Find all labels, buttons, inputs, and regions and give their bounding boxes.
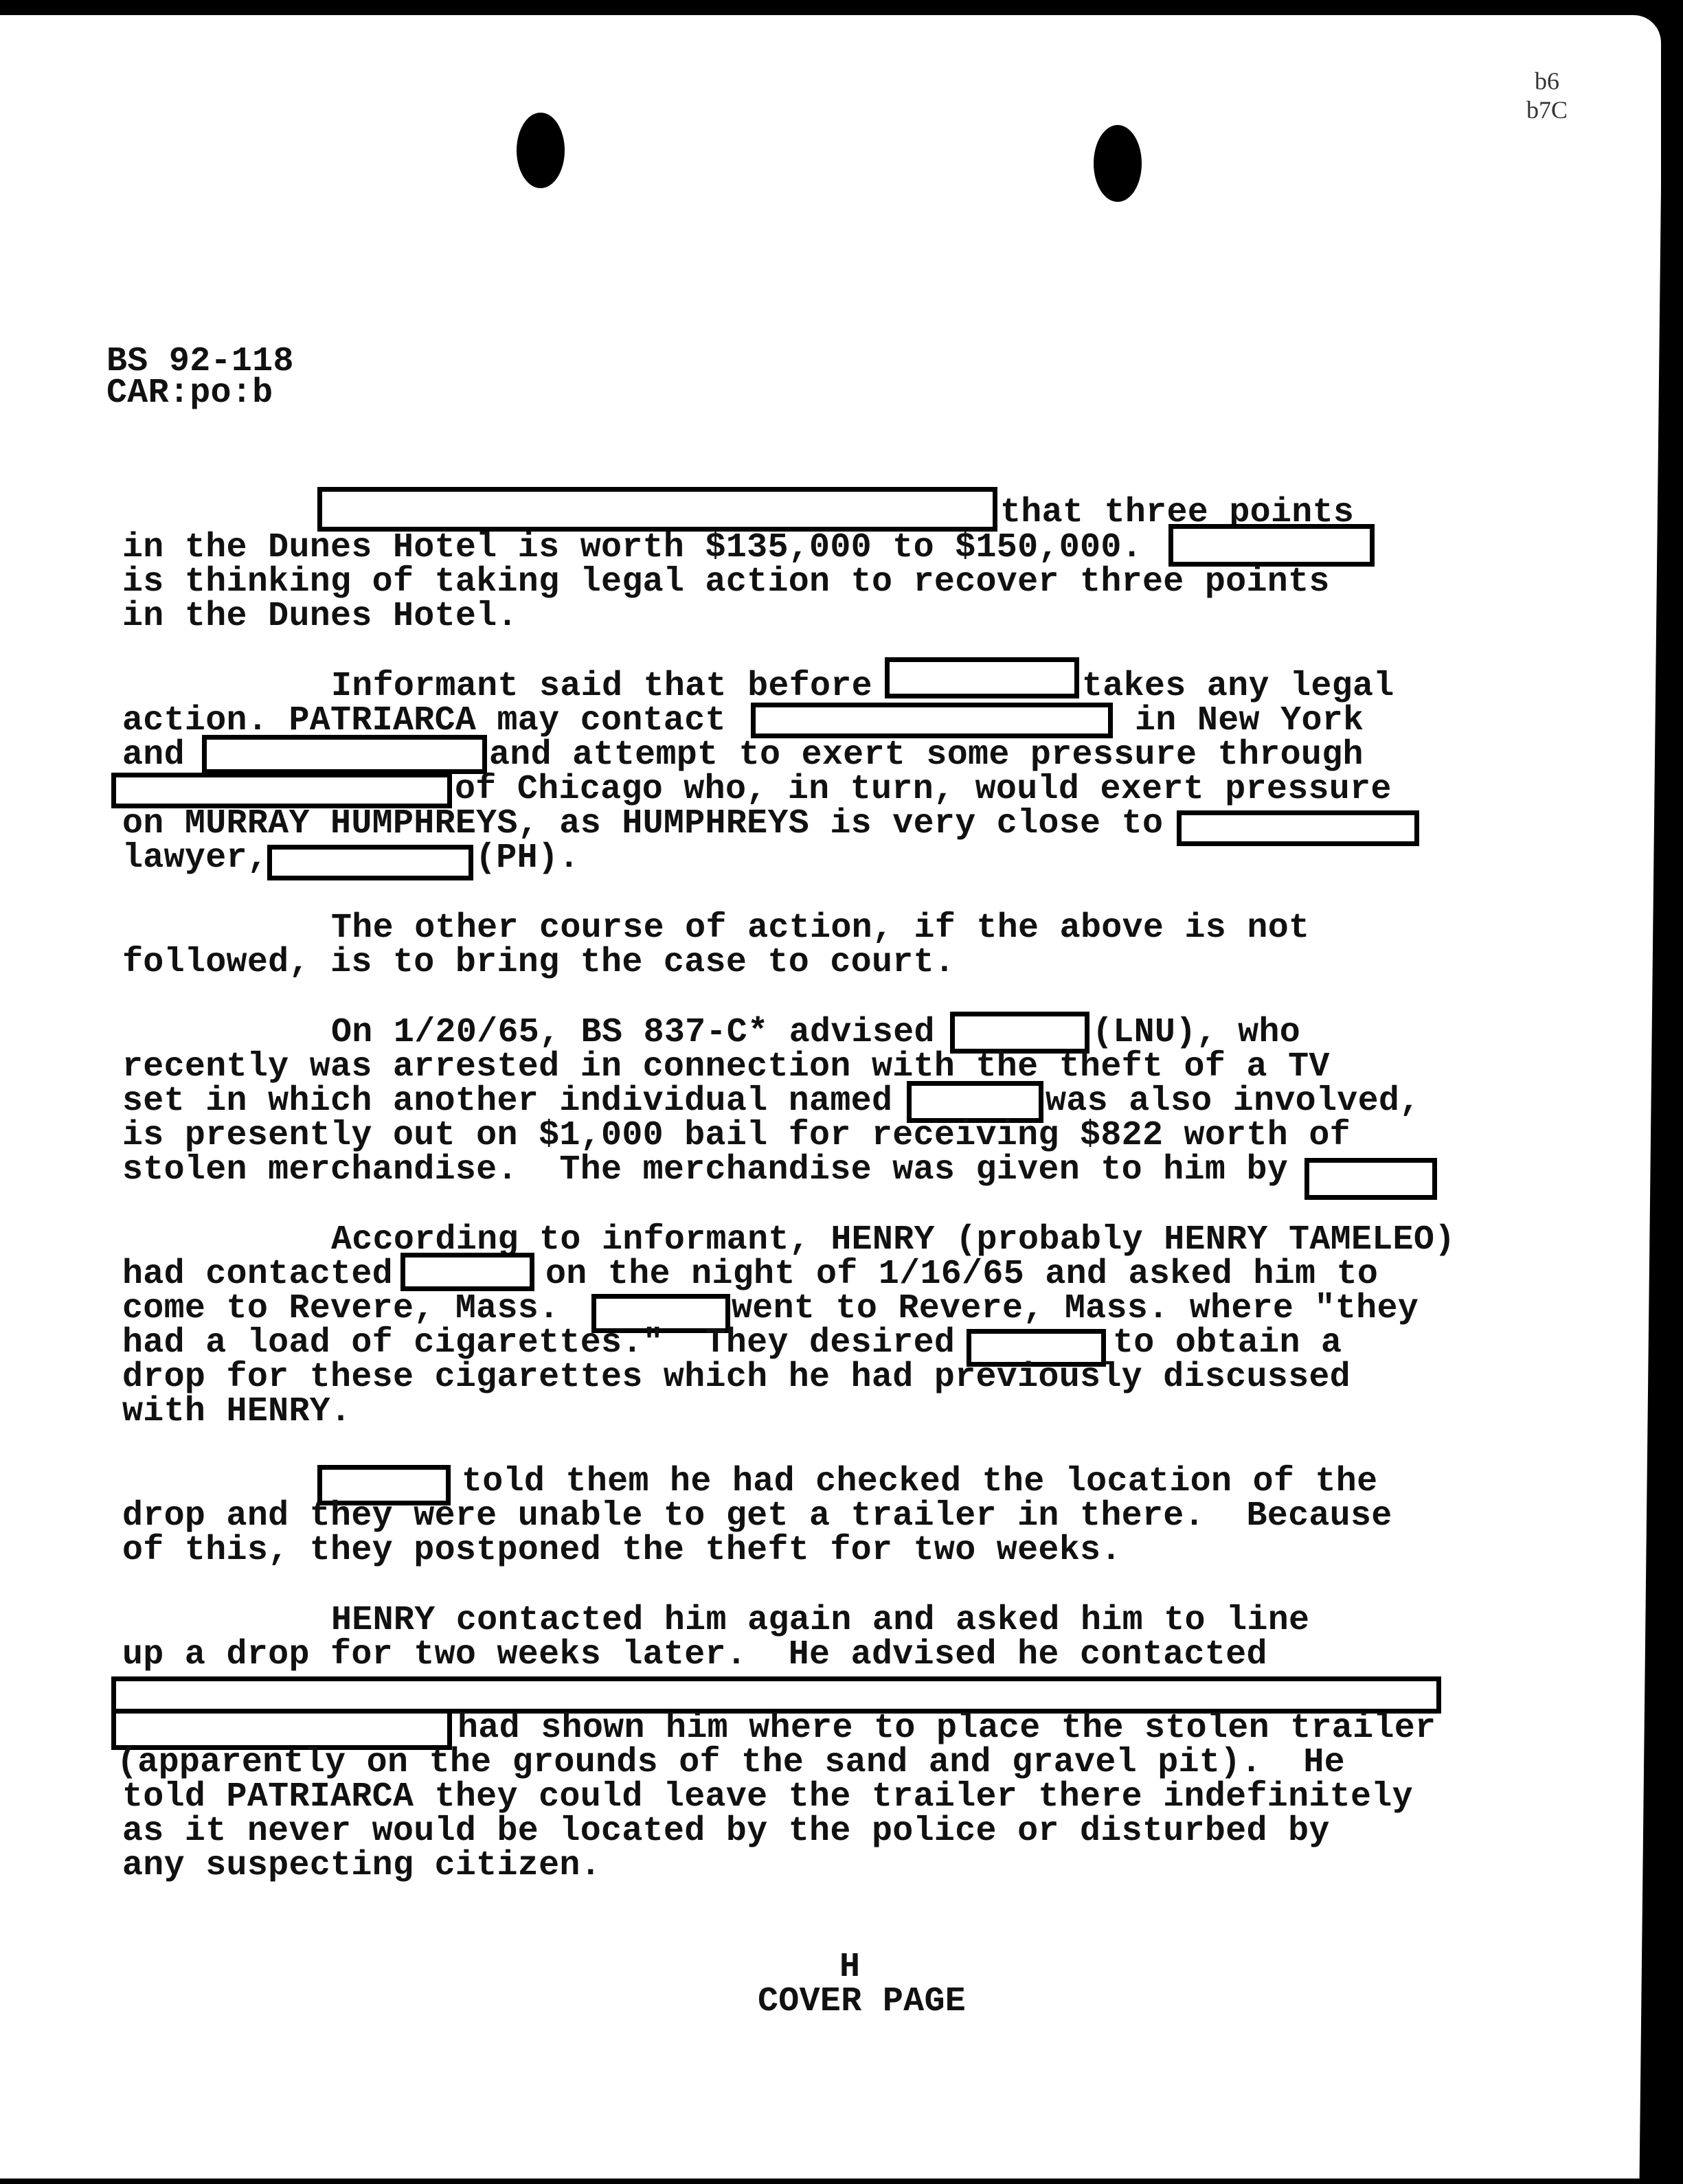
- p4-line4: is presently out on $1,000 bail for rece…: [122, 1119, 1351, 1153]
- p7-line2: up a drop for two weeks later. He advise…: [122, 1638, 1267, 1672]
- p5-line4b: to obtain a: [1113, 1326, 1342, 1361]
- paper-sheet: b6 b7C BS 92-118 CAR:po:b that three poi…: [0, 15, 1661, 2179]
- p4-line2: recently was arrested in connection with…: [122, 1050, 1330, 1084]
- p4-line3a: set in which another individual named: [122, 1084, 892, 1119]
- scanned-document-page: b6 b7C BS 92-118 CAR:po:b that three poi…: [0, 0, 1683, 2184]
- p2-line6a: lawyer,: [122, 841, 268, 876]
- p5-line6: with HENRY.: [122, 1395, 351, 1429]
- redaction-box: [1177, 810, 1419, 846]
- p7-line3: had shown him where to place the stolen …: [458, 1711, 1436, 1746]
- p5-line2a: had contacted: [122, 1258, 393, 1292]
- p2-line3b: and attempt to exert some pressure throu…: [489, 738, 1364, 773]
- p4-line5: stolen merchandise. The merchandise was …: [122, 1153, 1288, 1187]
- p2-line1a: Informant said that before: [331, 670, 872, 704]
- p1-line4: in the Dunes Hotel.: [122, 600, 518, 634]
- exemption-code-b7c: b7C: [1526, 96, 1568, 124]
- redaction-box: [111, 1676, 1441, 1714]
- p7-line6: as it never would be located by the poli…: [122, 1815, 1330, 1849]
- p4-line1b: (LNU), who: [1092, 1016, 1300, 1050]
- redaction-box: [267, 845, 473, 880]
- p3-line2: followed, is to bring the case to court.: [122, 946, 955, 980]
- p7-line7: any suspecting citizen.: [122, 1849, 601, 1883]
- p6-line2: drop and they were unable to get a trail…: [122, 1499, 1392, 1534]
- p2-line1b: takes any legal: [1082, 670, 1394, 704]
- p2-line3a: and: [122, 738, 185, 773]
- p2-line2b: in New York: [1135, 704, 1364, 738]
- p1-line3: is thinking of taking legal action to re…: [122, 565, 1330, 600]
- cover-page-label: COVER PAGE: [758, 1985, 966, 2019]
- p5-line2b: on the night of 1/16/65 and asked him to: [545, 1258, 1378, 1292]
- p3-line1: The other course of action, if the above…: [331, 911, 1309, 946]
- p5-line3b: went to Revere, Mass. where "they: [732, 1292, 1419, 1326]
- p7-line1: HENRY contacted him again and asked him …: [331, 1604, 1309, 1638]
- punch-hole-left: [517, 113, 565, 188]
- redaction-box: [202, 735, 487, 774]
- typist-initials: CAR:po:b: [106, 376, 273, 411]
- redaction-box: [751, 703, 1113, 738]
- p6-line3: of this, they postponed the theft for tw…: [122, 1534, 1122, 1568]
- p6-line1: told them he had checked the location of…: [462, 1465, 1377, 1499]
- page-marker: H: [839, 1950, 860, 1985]
- redaction-box: [111, 773, 452, 808]
- redaction-box: [1304, 1158, 1437, 1200]
- redaction-box: [317, 487, 997, 532]
- redaction-box: [885, 657, 1079, 698]
- punch-hole-right: [1094, 125, 1142, 202]
- p5-line5: drop for these cigarettes which he had p…: [122, 1361, 1351, 1395]
- redaction-box: [1168, 524, 1375, 567]
- p2-line6b: (PH).: [475, 841, 580, 876]
- p1-line2: in the Dunes Hotel is worth $135,000 to …: [122, 531, 1142, 565]
- p2-line2a: action. PATRIARCA may contact: [122, 704, 726, 738]
- p7-line4: (apparently on the grounds of the sand a…: [117, 1746, 1345, 1780]
- p5-line3a: come to Revere, Mass.: [122, 1292, 559, 1326]
- p7-line5: told PATRIARCA they could leave the trai…: [122, 1780, 1413, 1815]
- redaction-box: [400, 1253, 534, 1291]
- p2-line5: on MURRAY HUMPHREYS, as HUMPHREYS is ver…: [122, 807, 1163, 841]
- p4-line1a: On 1/20/65, BS 837-C* advised: [331, 1016, 935, 1050]
- p5-line4a: had a load of cigarettes." They desired: [122, 1326, 955, 1361]
- p4-line3b: was also involved,: [1046, 1084, 1421, 1119]
- exemption-code-b6: b6: [1535, 67, 1559, 95]
- p2-line4: of Chicago who, in turn, would exert pre…: [455, 773, 1392, 807]
